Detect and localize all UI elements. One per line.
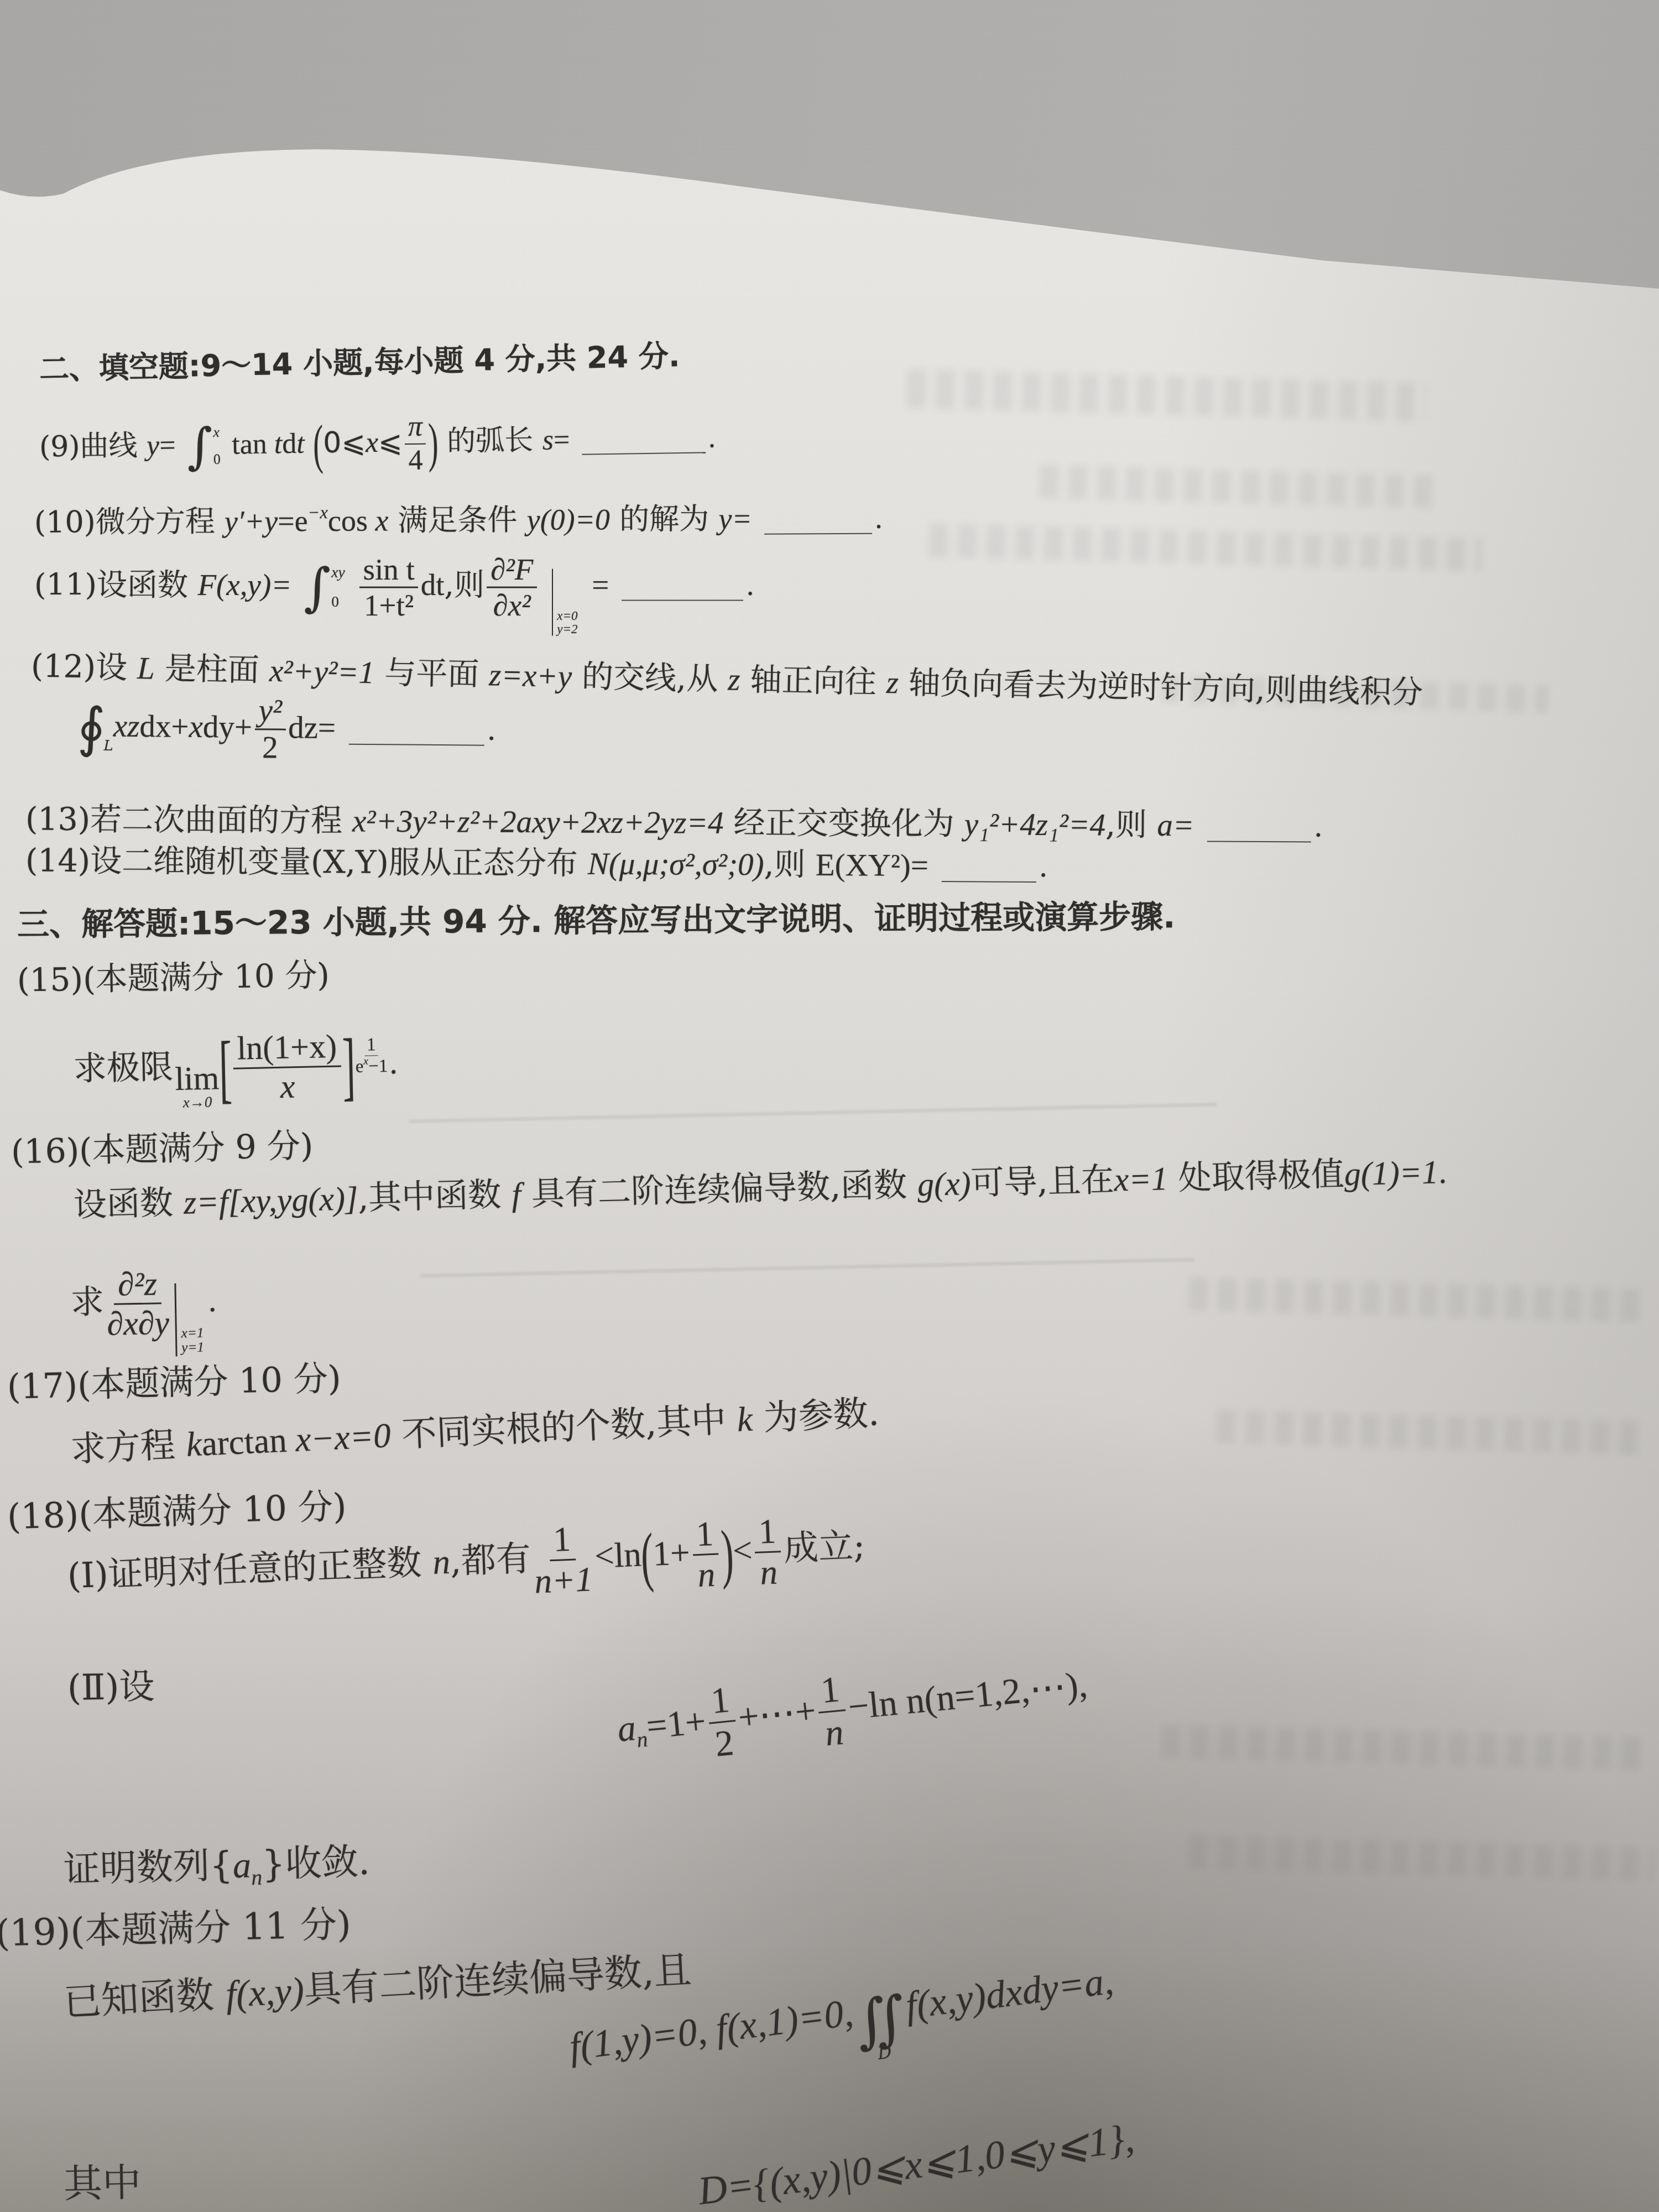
fraction: π4 [404,412,426,476]
question-15-formula: 求极限limx→0[ln(1+x)x]1ex−1. [73,1026,399,1112]
question-text: 的交线,从 [571,658,728,697]
math-text: =1+ [645,1701,708,1747]
eval-y: y=1 [181,1340,204,1355]
fraction: 12 [705,1680,740,1764]
question-text: }收敛. [262,1840,371,1886]
photo-scene: 二、填空题:9～14 小题,每小题 4 分,共 24 分. (9)曲线 y= ∫… [0,0,1659,2212]
math-d: d [282,428,297,460]
question-text: 证明数列{ [63,1844,233,1891]
left-bracket: [ [218,1030,233,1107]
math-e: e [355,1057,363,1077]
math-expr: x²+3y²+z²+2axy+2xz+2yz=4 [352,804,724,841]
question-text: ,都有 [449,1538,531,1582]
math-var: k [185,1425,202,1464]
math-func: arctan [201,1420,296,1463]
math-func: tan [232,429,274,461]
math-op: = [592,568,609,602]
math-op: = [554,424,570,456]
left-paren: ( [313,418,324,472]
math-expr: xz [113,709,140,744]
question-text: 成立; [783,1525,866,1569]
answer-blank [942,851,1036,883]
integral-limits: x 0 [212,422,221,471]
question-text: 与平面 [374,654,489,693]
fraction: 1n [754,1512,782,1591]
math-d: dz= [288,710,336,745]
definite-integral: ∫ xy 0 [304,561,345,613]
question-9: (9)曲线 y= ∫ x 0 tan tdt (0⩽x⩽π4) 的弧长 s= . [39,408,716,481]
question-text: ,则 [1105,807,1157,843]
denominator: ∂x² [493,588,531,622]
question-text: 轴正向往 [740,661,886,701]
period: . [208,1282,217,1318]
numerator: 1 [364,1035,378,1056]
evaluation-point: x=1y=1 [177,1326,204,1357]
question-text: 求极限 [73,1048,173,1089]
math-func: ln [613,1535,642,1575]
lim-text: lim [175,1061,220,1095]
upper-limit: x [213,424,220,442]
exponent: −x [307,503,327,523]
denominator: n [823,1712,846,1753]
math-var: k [736,1400,753,1439]
answer-blank [1207,811,1311,843]
lower-limit: 0 [331,592,345,611]
question-text: (12)设 [30,648,137,686]
math-expr: y= [718,502,752,535]
question-text: (11)设函数 [34,567,197,602]
partial-derivative: ∂²z∂x∂y [106,1266,170,1342]
partial-derivative: ∂²F∂x² [487,554,536,622]
numerator: 1 [705,1680,736,1724]
right-paren: ) [719,1520,734,1587]
question-18-part-2: (Ⅱ)设 [67,1665,155,1710]
math-expr: F(x,y)= [197,568,291,602]
question-text: (Ⅰ)证明对任意的正整数 [66,1542,433,1596]
question-14: (14)设二维随机变量(X,Y)服从正态分布 N(μ,μ;σ²,σ²;0),则 … [25,841,1047,886]
evaluation-bar: x=0y=2 [552,569,577,636]
question-text: 具有二阶连续偏导数,函数 [520,1165,918,1214]
question-text: (13)若二次曲面的方程 [25,801,352,839]
question-text: 求 [70,1283,104,1322]
math-expr: g(1)=1 [1344,1154,1439,1192]
numerator: ∂²F [487,554,536,588]
math-text: 1+ [652,1533,691,1573]
limit-operator: limx→0 [175,1061,220,1110]
integral-sign-icon: ∫ [304,561,331,613]
fraction: 1n [691,1515,720,1594]
question-text: (14)设二维随机变量(X,Y)服从正态分布 [25,842,588,881]
double-integral: ∬D [853,1990,910,2064]
eval-x: x=1 [181,1326,204,1341]
math-op: < [732,1531,753,1570]
period: . [708,422,716,453]
denominator: ∂x∂y [107,1304,170,1341]
answer-blank [764,504,872,534]
period: . [875,502,883,535]
numerator: 1 [549,1521,576,1561]
period: . [1438,1154,1447,1190]
math-expr: y′+y [225,504,278,538]
denominator: n+1 [534,1559,593,1600]
question-11: (11)设函数 F(x,y)= ∫ xy 0 sin t1+t²dt,则∂²F∂… [34,554,754,622]
fraction: 1n+1 [532,1520,593,1599]
question-17-label: (17)(本题满分 10 分) [7,1357,342,1408]
question-19-label: (19)(本题满分 11 分) [0,1902,352,1957]
question-text: 轴负向看去为逆时针方向,则曲线积分 [898,665,1423,711]
math-var: s [542,425,554,456]
math-text: 0⩽ [323,426,366,460]
math-expr: a= [1157,808,1194,843]
question-text: 求方程 [70,1424,187,1469]
numerator: ln(1+x) [233,1029,341,1069]
math-expr: z=x+y [489,658,572,694]
math-var: f [512,1176,521,1213]
answer-blank [582,425,706,455]
numerator: sin t [359,554,418,588]
question-text: 的弧长 [447,424,542,458]
question-16-ask: 求∂²z∂x∂yx=1y=1. [70,1266,217,1342]
math-op: ⩽ [378,425,403,459]
limit-subscript: x→0 [183,1094,212,1110]
question-text: 已知函数 [62,1973,227,2025]
math-expr: x−x=0 [295,1416,392,1459]
question-12-integral: ∮Lxzdx+xdy+y²2dz= . [77,692,495,766]
question-text: 满足条件 [388,502,527,538]
question-10: (10)微分方程 y′+y=e−xcos x 满足条件 y(0)=0 的解为 y… [34,499,883,542]
question-text: (9)曲线 [39,429,147,464]
denominator: 1+t² [364,588,414,622]
numerator: ∂²z [113,1266,161,1305]
upper-limit: xy [331,563,345,582]
denominator: 2 [713,1722,735,1764]
denominator: x [280,1068,295,1104]
integral-sign-icon: ∫ [187,422,213,471]
math-d: dt [421,568,445,602]
math-expr: x²+y²=1 [269,654,374,691]
math-var: x [375,504,388,537]
integral-subscript: L [103,737,113,755]
question-text: 设函数 [73,1183,184,1225]
math-d: dy+ [203,709,253,745]
math-var: n [432,1542,451,1582]
period: . [747,568,754,602]
question-text: 经正交变换化为 [723,805,964,842]
denominator: ex−1 [355,1055,388,1076]
math-var: t [296,428,305,460]
fraction: ln(1+x)x [233,1029,342,1105]
numerator: 1 [691,1515,718,1556]
question-text: ,则 [445,567,484,602]
numerator: 1 [754,1512,781,1553]
right-bracket: ] [342,1027,356,1104]
denominator: 2 [262,730,278,764]
question-text: (10)微分方程 [34,504,225,540]
math-expr: y₁²+4z₁²=4 [964,807,1106,842]
question-16-label: (16)(本题满分 9 分) [11,1125,314,1173]
evaluation-point: x=0y=2 [553,608,577,636]
math-expr: f(x,y) [225,1969,305,2015]
math-func: cos [328,504,375,538]
question-19-where: 其中 [63,2159,142,2209]
denominator: n [697,1555,716,1594]
question-text: 是柱面 [154,650,269,689]
math-op: < [594,1536,615,1575]
math-var: a [232,1845,252,1886]
math-e: e [295,504,308,538]
period: . [1314,809,1323,844]
numerator: π [404,412,426,445]
period: . [1039,849,1047,884]
right-paren: ) [427,416,438,471]
math-expr: z=f[xy,yg(x)] [183,1180,358,1221]
math-op: = [159,430,176,461]
math-var: x [189,709,203,744]
math-text: +⋯+ [737,1691,818,1738]
period: . [487,712,495,747]
evaluation-bar: x=1y=1 [174,1283,204,1357]
definite-integral: ∫ x 0 [187,422,221,471]
math-var: z [728,662,740,697]
contour-integral-icon: ∮ [77,701,106,755]
math-var: t [274,428,282,460]
integral-domain: D [877,2044,893,2062]
math-op: = [278,504,295,538]
left-paren: ( [640,1523,655,1589]
integral-limits: xy 0 [331,561,345,613]
eval-y: y=2 [557,622,577,635]
math-text: −ln n(n=1,2,⋯), [847,1664,1089,1727]
math-var: y [147,430,160,461]
section-3-header: 三、解答题:15～23 小题,共 94 分. 解答应写出文字说明、证明过程或演算… [17,896,1176,945]
question-text: ,其中函数 [357,1175,512,1218]
answer-blank [622,571,743,601]
math-d: dx+ [139,709,189,744]
math-var: x [366,427,379,458]
math-text: −1 [368,1056,388,1077]
question-text: ,则 [764,846,816,883]
math-expr: g(x) [917,1165,971,1203]
fraction: sin t1+t² [359,554,418,622]
math-var: a [615,1708,638,1750]
answer-blank [349,714,485,746]
question-18-conclusion: 证明数列{an}收敛. [63,1839,371,1893]
fraction: y²2 [254,694,286,765]
math-expr: y(0)=0 [527,503,611,536]
question-text: 为参数. [752,1392,880,1438]
question-15-label: (15)(本题满分 10 分) [17,955,330,1000]
math-var: z [886,665,899,700]
question-text: 的解为 [610,501,719,536]
eval-x: x=0 [557,608,577,622]
question-13: (13)若二次曲面的方程 x²+3y²+z²+2axy+2xz+2yz=4 经正… [25,800,1322,846]
subscript: n [251,1865,263,1890]
question-text: 处取得极值 [1167,1155,1345,1198]
math-expr: N(μ,μ;σ²,σ²;0) [588,847,764,883]
period: . [389,1044,398,1081]
numerator: y² [255,694,286,731]
denominator: 4 [408,444,423,476]
lower-limit: 0 [213,451,221,469]
math-expr: x=1 [1114,1160,1168,1198]
contour-integral: ∮L [77,701,114,755]
double-integral-icon: ∬ [853,1990,908,2048]
question-text: 可导,且在 [971,1161,1115,1203]
fraction: 1n [815,1670,850,1753]
math-expr: E(XY²)= [816,848,929,883]
numerator: 1 [815,1670,846,1713]
exponent-fraction: 1ex−1 [355,1035,388,1076]
denominator: n [759,1552,778,1591]
math-var: L [137,651,155,686]
